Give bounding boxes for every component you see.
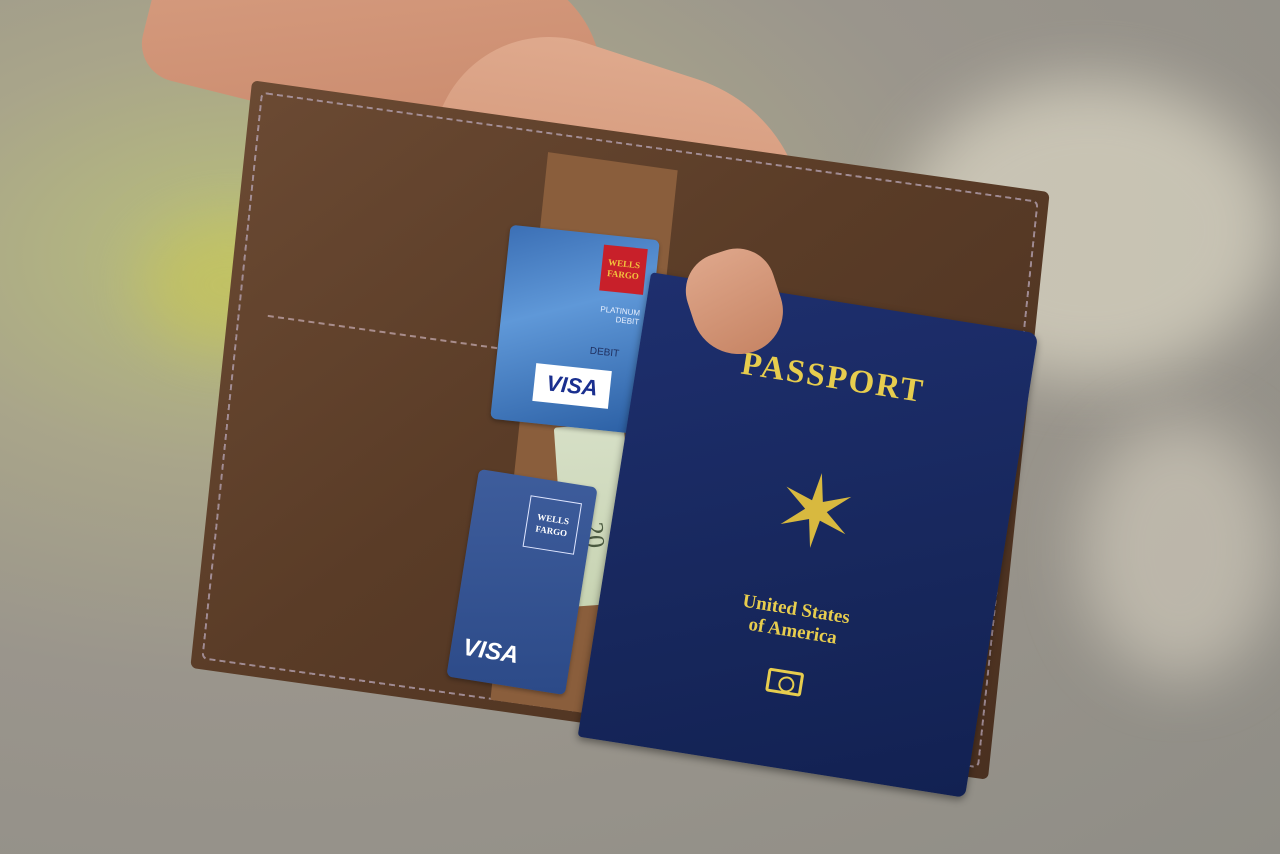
passport-title: PASSPORT	[636, 330, 1029, 428]
sunlight-patch	[1080, 420, 1280, 680]
passport-country: United States of America	[597, 569, 991, 674]
card-tier: PLATINUM DEBIT	[579, 302, 641, 326]
wells-fargo-logo: WELLS FARGO	[523, 495, 582, 554]
visa-logo: VISA	[461, 634, 521, 670]
eagle-seal-icon: ✶	[751, 443, 879, 584]
card-type-label: DEBIT	[589, 346, 619, 360]
us-passport: PASSPORT ✶ United States of America	[578, 272, 1039, 798]
biometric-chip-icon	[765, 667, 804, 696]
visa-logo: VISA	[532, 363, 612, 409]
photo-scene: 20 WELLS FARGO PLATINUM DEBIT DEBIT VISA…	[0, 0, 1280, 854]
wells-fargo-logo: WELLS FARGO	[599, 245, 648, 295]
